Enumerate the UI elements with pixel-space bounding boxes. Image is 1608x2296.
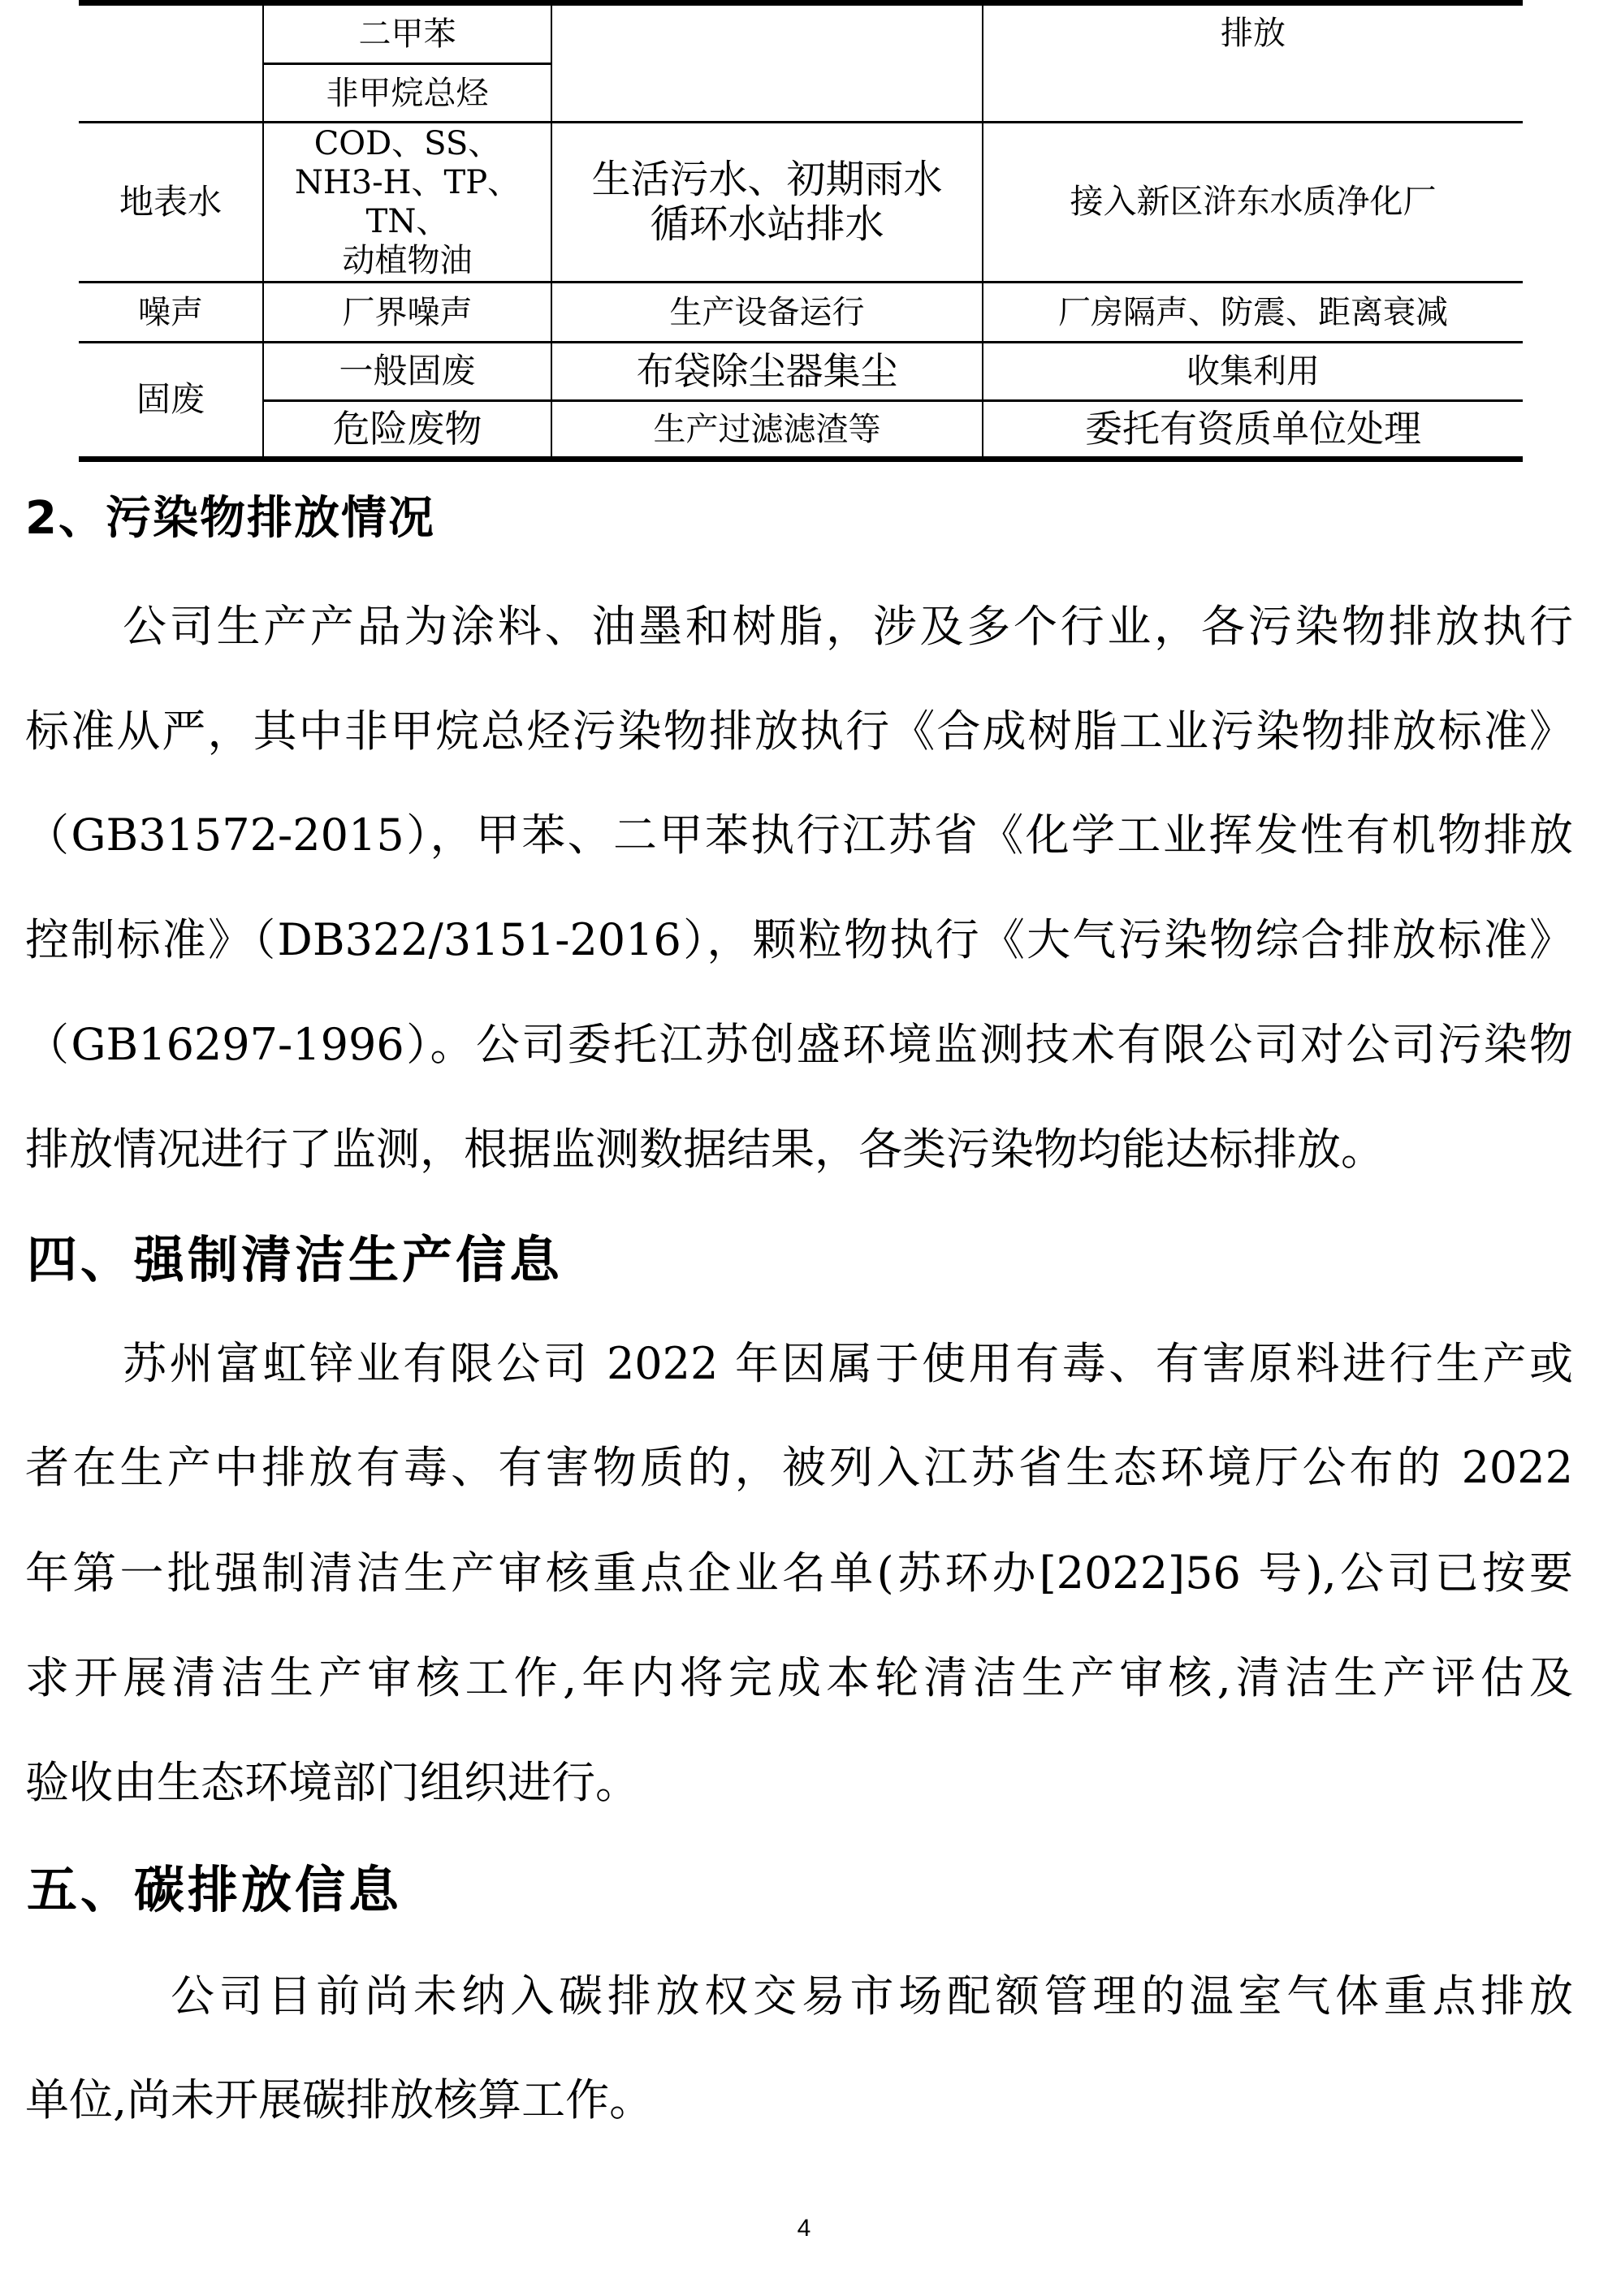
paragraph-line: 标准从严，其中非甲烷总烃污染物排放执行《合成树脂工业污染物排放标准》 (25, 703, 1573, 760)
paragraph-line: 控制标准》（DB322/3151-2016），颗粒物执行《大气污染物综合排放标准… (25, 912, 1573, 969)
table-cell-source: 生产过滤滤渣等 (552, 402, 982, 456)
paragraph-line: 排放情况进行了监测，根据监测数据结果，各类污染物均能达标排放。 (25, 1121, 1573, 1178)
table-bottom-border (79, 456, 1523, 462)
table-cell-treatment: 收集利用 (983, 343, 1523, 399)
paragraph-line: 年第一批强制清洁生产审核重点企业名单(苏环办[2022]56 号),公司已按要 (25, 1545, 1573, 1602)
table-cell-treatment: 厂房隔声、防震、距离衰减 (983, 283, 1523, 341)
table-cell-pollutant: COD、SS、 NH3-H、TP、TN、 动植物油 (264, 123, 551, 281)
table-cell-category: 噪声 (79, 283, 262, 341)
pollutant-table: 二甲苯 非甲烷总烃 排放 地表水 COD、SS、 NH3-H、TP、TN、 动植… (79, 0, 1523, 462)
table-top-border (79, 0, 1523, 6)
paragraph-line: 验收由生态环境部门组织进行。 (25, 1754, 1573, 1811)
table-cell-treatment: 接入新区浒东水质净化厂 (983, 123, 1523, 281)
page-number: 4 (788, 2215, 820, 2242)
paragraph-line: 公司生产产品为涂料、油墨和树脂，涉及多个行业，各污染物排放执行 (123, 598, 1573, 655)
table-cell-source: 生活污水、初期雨水 循环水站排水 (552, 123, 982, 281)
table-cell-treatment: 排放 (983, 6, 1523, 121)
section-heading-cleaner-production: 四、强制清洁生产信息 (27, 1229, 563, 1291)
table-cell-pollutant: 危险废物 (264, 402, 551, 456)
paragraph-line: 公司目前尚未纳入碳排放权交易市场配额管理的温室气体重点排放 (171, 1968, 1573, 2025)
section-heading-carbon-emission: 五、碳排放信息 (27, 1859, 402, 1921)
paragraph-line: 者在生产中排放有毒、有害物质的，被列入江苏省生态环境厅公布的 2022 (25, 1439, 1573, 1496)
paragraph-line: （GB31572-2015），甲苯、二甲苯执行江苏省《化学工业挥发性有机物排放 (25, 807, 1573, 864)
table-cell-source: 生产设备运行 (552, 283, 982, 341)
paragraph-line: 单位,尚未开展碳排放核算工作。 (25, 2072, 1573, 2129)
paragraph-line: （GB16297-1996）。公司委托江苏创盛环境监测技术有限公司对公司污染物 (25, 1016, 1573, 1073)
table-cell-pollutant: 非甲烷总烃 (264, 65, 551, 121)
table-cell-pollutant: 一般固废 (264, 343, 551, 399)
table-cell-pollutant: 二甲苯 (264, 6, 551, 63)
table-cell-treatment: 委托有资质单位处理 (983, 402, 1523, 456)
table-cell-category: 地表水 (79, 123, 262, 281)
paragraph-line: 苏州富虹锌业有限公司 2022 年因属于使用有毒、有害原料进行生产或 (123, 1336, 1573, 1392)
table-cell-source: 布袋除尘器集尘 (552, 343, 982, 399)
paragraph-line: 求开展清洁生产审核工作,年内将完成本轮清洁生产审核,清洁生产评估及 (25, 1650, 1573, 1707)
section-heading-pollutant-discharge: 2、污染物排放情况 (25, 490, 435, 547)
table-cell-category: 固废 (79, 343, 262, 456)
table-cell-pollutant: 厂界噪声 (264, 283, 551, 341)
